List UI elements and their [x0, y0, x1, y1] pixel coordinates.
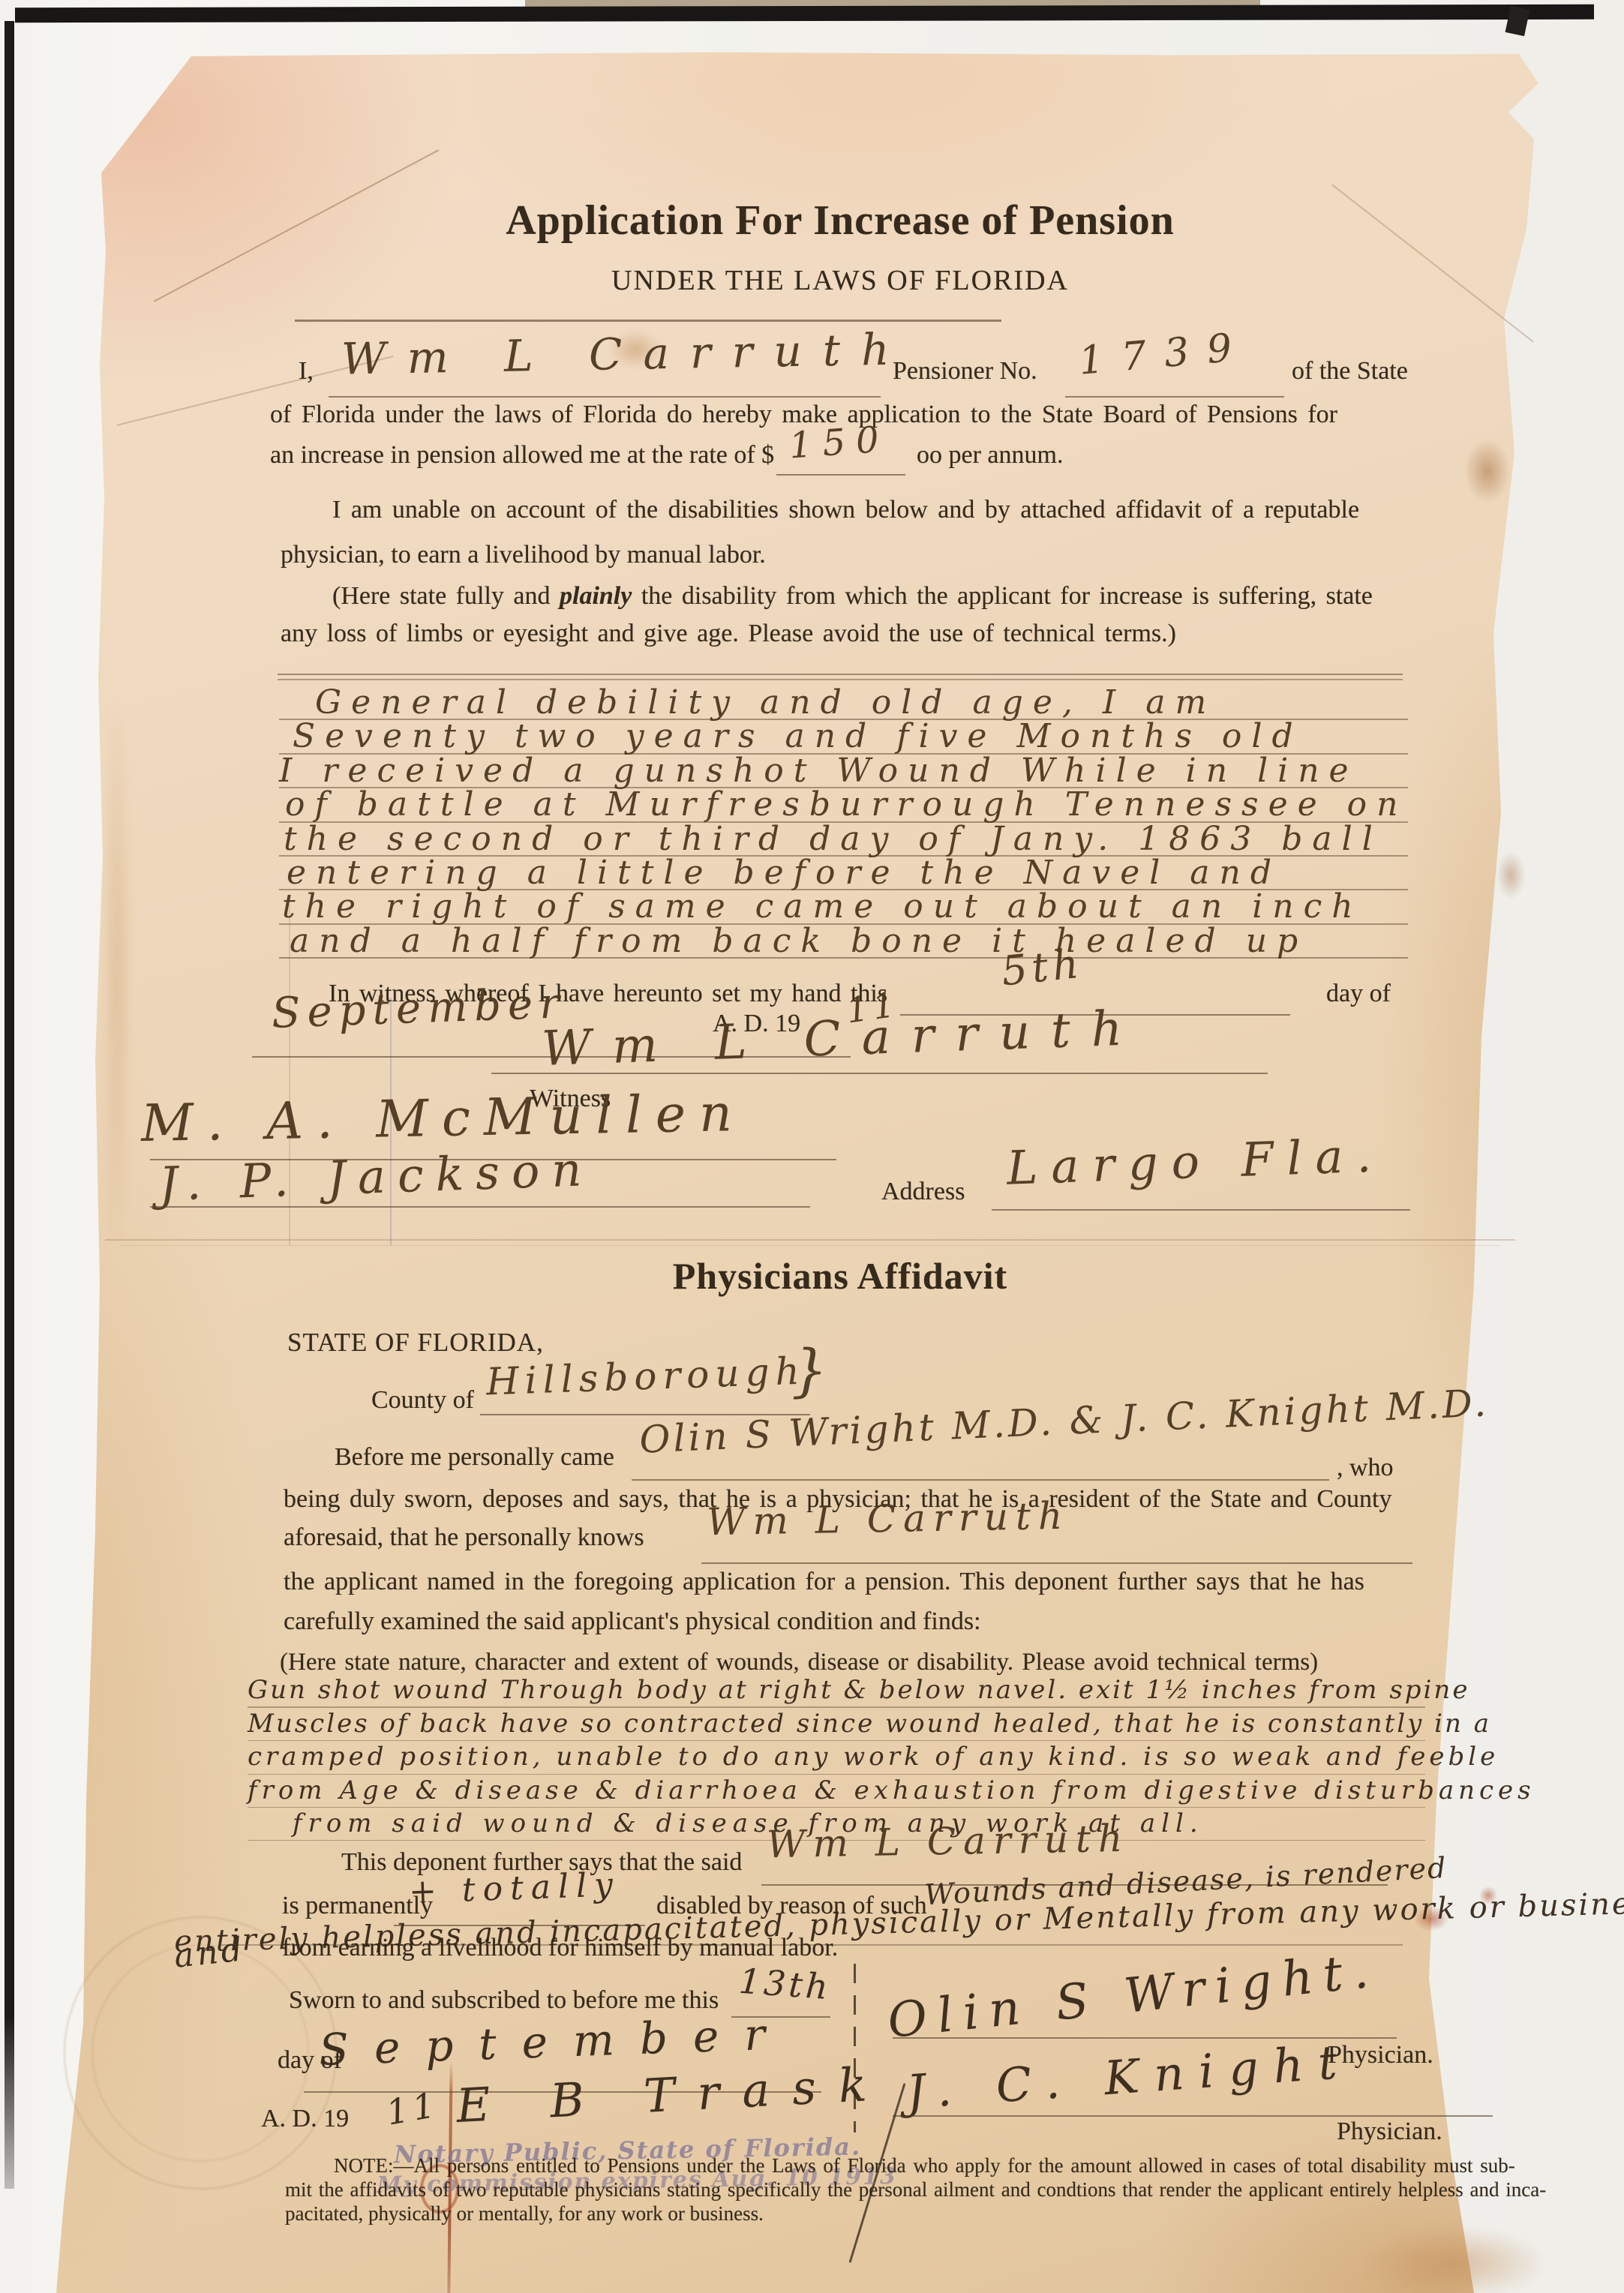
- day-of-label: day of: [1326, 980, 1391, 1008]
- form-subtitle: UNDER THE LAWS OF FLORIDA: [105, 264, 1575, 297]
- county-of-label: County of: [371, 1386, 474, 1415]
- findings-line: from Age & disease & diarrhoea & exhaust…: [248, 1775, 1425, 1808]
- deponent-name-handwritten: Wm L Carruth: [767, 1817, 1130, 1866]
- knows-label: aforesaid, that he personally knows: [284, 1523, 644, 1552]
- stain-bottom-right: [1365, 2228, 1545, 2293]
- fold-crease-horizontal: [120, 1245, 1500, 1246]
- pensioner-no-label: Pensioner No.: [893, 357, 1037, 386]
- instructions-line1: (Here state fully and plainly the disabi…: [332, 582, 1373, 611]
- note-line1: NOTE:—All persons entitled to Pensions u…: [334, 2154, 1515, 2177]
- physicians-blank-line: [632, 1479, 1329, 1481]
- instructions-emphasis: plainly: [560, 582, 632, 610]
- instructions-pre: (Here state fully and: [332, 582, 551, 610]
- sworn-before-label: Sworn to and subscribed to before me thi…: [289, 1986, 719, 2015]
- disability-line: of battle at Murfresburrough Tennessee o…: [279, 788, 1408, 822]
- livelihood-label: from earning a livelihood for himself by…: [282, 1934, 838, 1962]
- month-handwritten: September: [271, 979, 567, 1038]
- disability-line: entering a little before the Navel and: [279, 857, 1408, 890]
- intro-of-state: of the State: [1292, 357, 1408, 386]
- disability-ruled-top: [278, 674, 1403, 680]
- and-handwritten: and: [173, 1930, 248, 1976]
- witness2-line: [150, 1206, 810, 1208]
- signature-line: [491, 1073, 1268, 1074]
- disability-line: Seventy two years and five Months old: [279, 720, 1408, 754]
- findings-block: Gun shot wound Through body at right & b…: [248, 1674, 1425, 1841]
- instructions-post: the disability from which the applicant …: [641, 582, 1373, 610]
- rate-blank-line: [776, 474, 905, 476]
- totally-handwritten: + totally: [408, 1865, 621, 1911]
- affidavit-heading: Physicians Affidavit: [105, 1254, 1575, 1298]
- scanner-edge-top-bar: [15, 5, 1594, 23]
- knows-blank-line: [701, 1562, 1412, 1564]
- form-title: Application For Increase of Pension: [105, 197, 1575, 245]
- signature-bracket-line: [854, 1964, 856, 2132]
- unable-line2: physician, to earn a livelihood by manua…: [281, 541, 766, 569]
- disability-line: General debility and old age, I am: [279, 686, 1408, 720]
- jurat-ad-label: A. D. 19: [261, 2105, 349, 2133]
- instructions-line2: any loss of limbs or eyesight and give a…: [281, 620, 1176, 648]
- findings-line: Muscles of back have so contracted since…: [248, 1708, 1425, 1741]
- day-handwritten: 5th: [999, 939, 1085, 995]
- applicant-name-handwritten: Wm L Carruth: [341, 323, 911, 384]
- physician2-label: Physician.: [1337, 2117, 1442, 2146]
- witness1-signature: M. A. McMullen: [140, 1084, 746, 1154]
- scanner-edge-left-strip: [5, 21, 14, 2189]
- address-line: [992, 1209, 1410, 1211]
- note-line3: pacitated, physically or mentally, for a…: [285, 2202, 764, 2225]
- disability-line: the second or third day of Jany. 1863 ba…: [279, 823, 1408, 857]
- county-brace-handwritten: }: [791, 1337, 827, 1403]
- state-of-florida: STATE OF FLORIDA,: [287, 1328, 544, 1358]
- note-line2: mit the affidavits of two reputable phys…: [285, 2178, 1546, 2201]
- disability-statement-block: General debility and old age, I am Seven…: [279, 686, 1408, 959]
- sworn-day-handwritten: 13th: [737, 1961, 832, 2007]
- findings-line: cramped position, unable to do any work …: [248, 1741, 1425, 1774]
- scanned-document-page: Application For Increase of Pension UNDE…: [0, 0, 1624, 2293]
- rate-pre: an increase in pension allowed me at the…: [270, 441, 774, 470]
- name-blank-line: [329, 396, 881, 398]
- header-rule: [295, 320, 1001, 322]
- before-me-label: Before me personally came: [335, 1443, 614, 1472]
- stain-spot: [1464, 439, 1511, 503]
- findings-note: (Here state nature, character and extent…: [280, 1649, 1318, 1676]
- physician2-line: [893, 2115, 1493, 2117]
- fold-crease-horizontal: [105, 1239, 1515, 1241]
- knows-name-handwritten: Wm L Carruth: [707, 1494, 1070, 1544]
- disability-line: and a half from back bone it healed up: [279, 925, 1408, 959]
- unable-line1: I am unable on account of the disabiliti…: [332, 496, 1359, 524]
- pensioner-no-blank-line: [1065, 396, 1284, 398]
- who-label: , who: [1337, 1454, 1394, 1482]
- rate-post: oo per annum.: [917, 441, 1063, 470]
- applicant-line: the applicant named in the foregoing app…: [284, 1568, 1364, 1596]
- disability-line: the right of same came out about an inch: [279, 890, 1408, 924]
- rate-handwritten: 150: [788, 418, 890, 467]
- findings-line: Gun shot wound Through body at right & b…: [248, 1674, 1425, 1708]
- stain-left-edge-band: [104, 705, 131, 1245]
- intro-i-label: I,: [299, 357, 314, 386]
- address-label: Address: [881, 1178, 965, 1206]
- examined-line: carefully examined the said applicant's …: [284, 1607, 981, 1636]
- disability-line: I received a gunshot Wound While in line: [279, 755, 1408, 788]
- stain-spot: [1496, 851, 1525, 899]
